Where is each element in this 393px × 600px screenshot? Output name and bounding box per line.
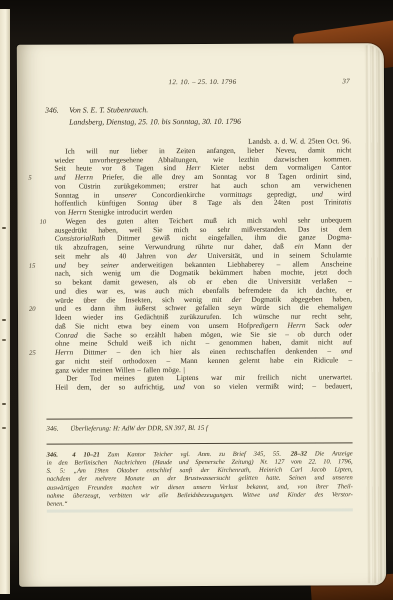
text-segment: auswärtigen Freunden machen wir diesen u…: [47, 483, 353, 491]
text-segment: [281, 450, 291, 457]
text-segment: und: [174, 382, 185, 391]
text-segment: nachdem der mehrere Monate an der Brustw…: [47, 475, 353, 483]
text-segment: Cantor: [321, 163, 351, 172]
book-page: 12. 10. – 25. 10. 1796 37 346.Von S. E. …: [17, 43, 386, 587]
text-segment: tag: [149, 198, 158, 207]
text-segment: Zum Kantor Teicher vgl. Anm. zu Brief 34…: [108, 450, 281, 458]
text-segment: tags: [240, 189, 252, 198]
text-segment: Dittm: [73, 347, 100, 356]
margin-line-number: 25: [29, 350, 48, 359]
letter-body: Landsb. a. d. W. d. 25ten Oct. 96.Ich wi…: [54, 137, 352, 392]
text-segment: und: [341, 346, 352, 355]
text-segment: serer: [122, 190, 137, 199]
text-segment: 346. 4 10–21: [47, 451, 108, 458]
letter-body-line: Heil dem, der so aufrichtig, und von so …: [55, 382, 352, 392]
commentary-line: benen.“: [47, 499, 353, 509]
text-segment: der: [187, 251, 197, 260]
text-segment: Con: [55, 330, 67, 339]
text-segment: seiner: [101, 260, 119, 269]
letter-heading: 346.Von S. E. T. Stubenrauch. Landsberg,…: [54, 103, 351, 128]
text-segment: nahme überzeugt, verbitten wir alle Beil…: [47, 491, 353, 499]
text-segment: Herrn: [287, 320, 305, 329]
commentary-line: nahme überzeugt, verbitten wir alle Beil…: [47, 491, 353, 501]
facing-page-text-bleed: [2, 227, 6, 229]
margin-line-number: 15: [29, 262, 48, 271]
margin-line-number: 20: [29, 306, 48, 315]
running-head-date: 12. 10. – 25. 10. 1796: [54, 77, 351, 86]
text-segment: Herrn: [68, 208, 86, 217]
running-head: 12. 10. – 25. 10. 1796 37: [54, 77, 351, 88]
scan-artifact-line: [47, 509, 353, 513]
commentary-block: 346. 4 10–21 Zum Kantor Teicher vgl. Anm…: [47, 450, 353, 509]
apparatus-rule-bottom: [47, 442, 353, 444]
text-segment: S. 5: „Am 19ten Oktober entschlief sanft…: [47, 466, 353, 474]
text-segment: wird: [323, 189, 352, 198]
page-content: 12. 10. – 25. 10. 1796 37 346.Von S. E. …: [17, 43, 386, 587]
margin-line-number: 10: [29, 218, 48, 227]
text-segment: Die Anzeige: [307, 450, 353, 457]
book-scan: 12. 10. – 25. 10. 1796 37 346.Von S. E. …: [0, 0, 393, 600]
margin-line-number: 5: [28, 175, 47, 184]
apparatus-line: 346.Überlieferung: H: AdW der DDR, SN 39…: [46, 423, 352, 433]
text-segment: von: [55, 208, 69, 217]
letter-heading-from: Von S. E. T. Stubenrauch.: [69, 105, 148, 114]
text-segment: bey: [66, 260, 101, 269]
text-segment: und: [55, 260, 66, 269]
text-segment: gar nicht steif orthodoxen – Mann kennen…: [55, 355, 352, 365]
text-segment: benen.“: [47, 501, 68, 508]
text-segment: ein: [294, 242, 303, 251]
text-segment: von so vielen vermißt wird; – bedauert,: [185, 381, 353, 391]
text-segment: redigern: [253, 320, 278, 329]
text-segment: und: [312, 189, 323, 198]
text-segment: 28–32: [291, 450, 307, 457]
text-segment: gen: [310, 163, 321, 172]
text-segment: der: [232, 294, 242, 303]
apparatus-rule-top: [46, 417, 352, 419]
facing-page-edge: [0, 9, 10, 594]
text-segment: tatis: [339, 198, 352, 207]
text-segment: Herr: [186, 163, 200, 172]
text-segment: Überlieferung: H: AdW der DDR, SN 397, B…: [70, 425, 207, 433]
text-segment: oder: [338, 320, 352, 329]
text-segment: gen: [341, 303, 352, 312]
apparatus-text: Überlieferung: H: AdW der DDR, SN 397, B…: [70, 425, 207, 433]
letter-number: 346.: [45, 105, 69, 117]
text-segment: Herrn: [55, 348, 73, 357]
letter-heading-dateline: Landsberg, Dienstag, 25. 10. bis Sonntag…: [54, 115, 351, 128]
page-number: 37: [342, 77, 350, 85]
text-segment: über 8 Tage als den 24ten post Trini: [158, 198, 339, 208]
text-segment: Heil dem, der so aufrichtig,: [55, 382, 173, 392]
text-segment: in den Berlinischen Nachrichten (Haude u…: [47, 458, 353, 466]
text-segment: rad: [67, 330, 77, 339]
apparatus-letter-number: 346.: [46, 424, 70, 433]
